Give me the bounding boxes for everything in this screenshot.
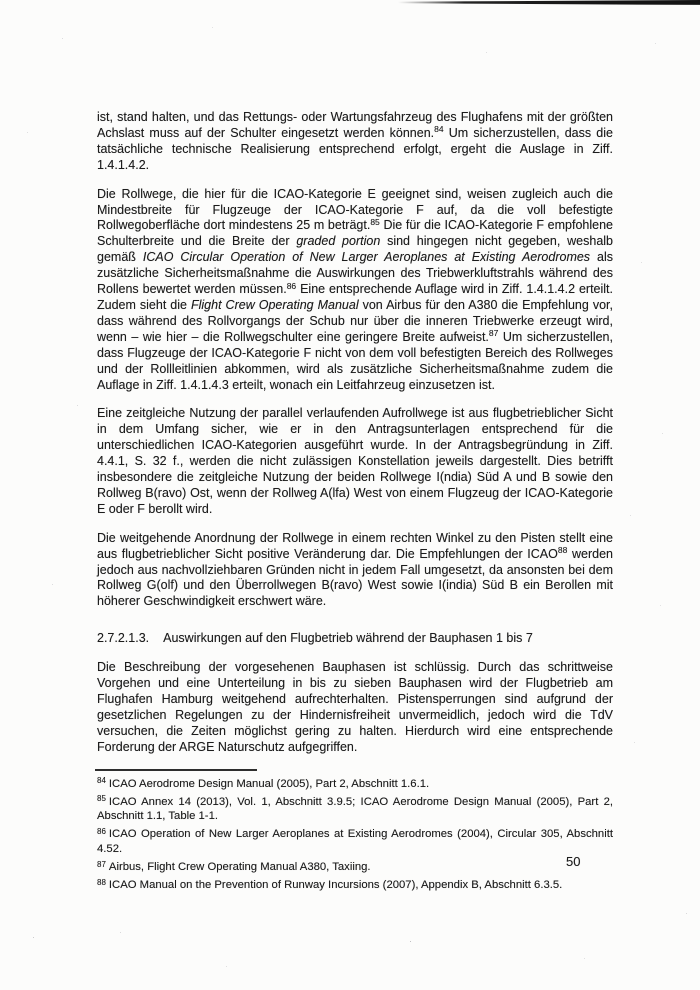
footnote-reference: 86 — [287, 281, 296, 291]
section-title: Auswirkungen auf den Flugbetrieb während… — [163, 631, 533, 645]
page-number: 50 — [566, 854, 580, 869]
footnote-number: 85 — [97, 794, 106, 803]
footnote-number: 84 — [97, 776, 106, 785]
scan-edge-artifact — [398, 0, 700, 6]
footnote-text: Airbus, Flight Crew Operating Manual A38… — [109, 861, 371, 873]
footnote-number: 88 — [97, 878, 106, 887]
section-heading: 2.7.2.1.3.Auswirkungen auf den Flugbetri… — [97, 631, 613, 647]
scanned-document-page: { "page": { "number": "50", "text_color"… — [0, 0, 700, 990]
footnote-number: 87 — [97, 860, 106, 869]
footnote-reference: 84 — [434, 124, 443, 134]
footnote-88: 88ICAO Manual on the Prevention of Runwa… — [97, 878, 613, 893]
footnote-text: ICAO Operation of New Larger Aeroplanes … — [97, 828, 613, 855]
italic-title: ICAO Circular Operation of New Larger Ae… — [143, 250, 590, 264]
footnote-87: 87Airbus, Flight Crew Operating Manual A… — [97, 860, 613, 875]
footnote-reference: 88 — [558, 545, 567, 555]
footnote-86: 86ICAO Operation of New Larger Aeroplane… — [97, 827, 613, 856]
footnote-number: 86 — [97, 827, 106, 836]
footnote-separator — [95, 769, 257, 771]
italic-title: graded portion — [296, 234, 380, 248]
footnote-text: ICAO Annex 14 (2013), Vol. 1, Abschnitt … — [97, 796, 613, 823]
section-number: 2.7.2.1.3. — [97, 631, 149, 647]
scan-noise — [0, 0, 1, 1]
footnote-84: 84ICAO Aerodrome Design Manual (2005), P… — [97, 777, 613, 792]
paragraph-construction-phases: Die Beschreibung der vorgesehenen Baupha… — [97, 660, 613, 755]
paragraph-parallel-taxiways: Eine zeitgleiche Nutzung der parallel ve… — [97, 406, 613, 517]
page-content: ist, stand halten, und das Rettungs- ode… — [97, 110, 613, 896]
paragraph-continuation: ist, stand halten, und das Rettungs- ode… — [97, 110, 613, 174]
paragraph-taxiway-arrangement: Die weitgehende Anordnung der Rollwege i… — [97, 531, 613, 611]
italic-title: Flight Crew Operating Manual — [191, 298, 359, 312]
footnote-reference: 85 — [370, 217, 379, 227]
footnotes-section: 84ICAO Aerodrome Design Manual (2005), P… — [97, 777, 613, 893]
paragraph-taxiway-categories: Die Rollwege, die hier für die ICAO-Kate… — [97, 187, 613, 394]
footnote-text: ICAO Manual on the Prevention of Runway … — [109, 879, 562, 891]
footnote-text: ICAO Aerodrome Design Manual (2005), Par… — [109, 778, 429, 790]
footnote-reference: 87 — [489, 328, 498, 338]
footnote-85: 85ICAO Annex 14 (2013), Vol. 1, Abschnit… — [97, 795, 613, 824]
